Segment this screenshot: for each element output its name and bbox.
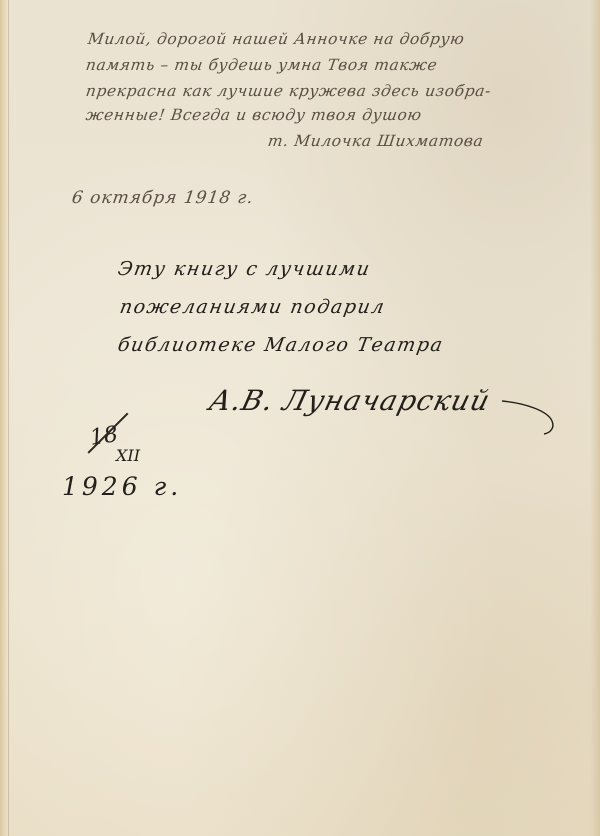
date-year: 1926 г. <box>62 472 182 501</box>
document-page: Милой, дорогой нашей Анночке на добрую п… <box>0 0 600 836</box>
inscription-2-line-3: библиотеке Малого Театра <box>116 334 446 356</box>
inscription-1-line-4: женные! Всегда и всюду твоя душою <box>85 106 423 124</box>
date-1918: 6 октября 1918 г. <box>71 188 255 208</box>
signature-flourish-icon <box>500 395 560 435</box>
page-binding-line <box>8 0 9 836</box>
inscription-1-line-1: Милой, дорогой нашей Анночке на добрую <box>87 30 466 48</box>
inscription-1-signature: т. Милочка Шихматова <box>267 132 485 150</box>
inscription-1-line-3: прекрасна как лучшие кружева здесь изобр… <box>85 82 493 100</box>
inscription-1-line-2: память – ты будешь умна Твоя также <box>85 56 439 74</box>
date-1926-day-month: 18 XII <box>70 424 170 474</box>
lunacharsky-signature: А.В. Луначарский <box>206 384 494 417</box>
date-month: XII <box>116 446 140 465</box>
page-left-edge <box>0 0 8 836</box>
page-right-edge <box>590 0 600 836</box>
inscription-2-line-2: пожеланиями подарил <box>118 296 387 318</box>
inscription-2-line-1: Эту книгу с лучшими <box>116 258 373 280</box>
